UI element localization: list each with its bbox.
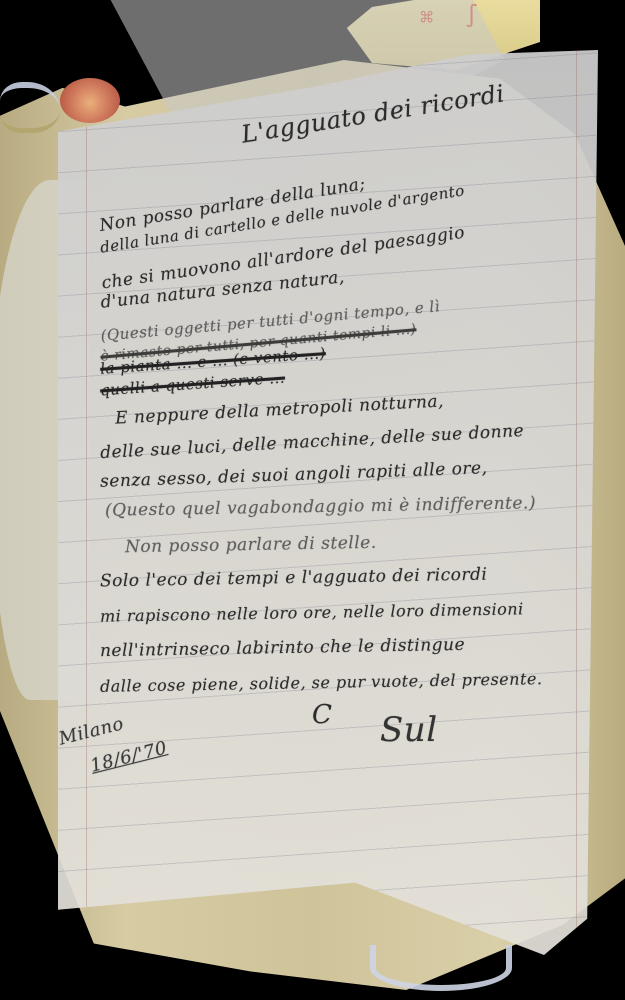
margin-line [576,50,577,955]
signature-initial: C [312,700,332,730]
wax-seal-icon [60,78,120,123]
margin-line [86,50,87,955]
ribbon-bottom [370,945,512,991]
artwork-scene: ⌘ ∫ L'agguato dei ricordi Non posso parl… [0,0,625,1000]
ribbon-left [0,82,60,133]
signature: Sul [380,710,438,750]
